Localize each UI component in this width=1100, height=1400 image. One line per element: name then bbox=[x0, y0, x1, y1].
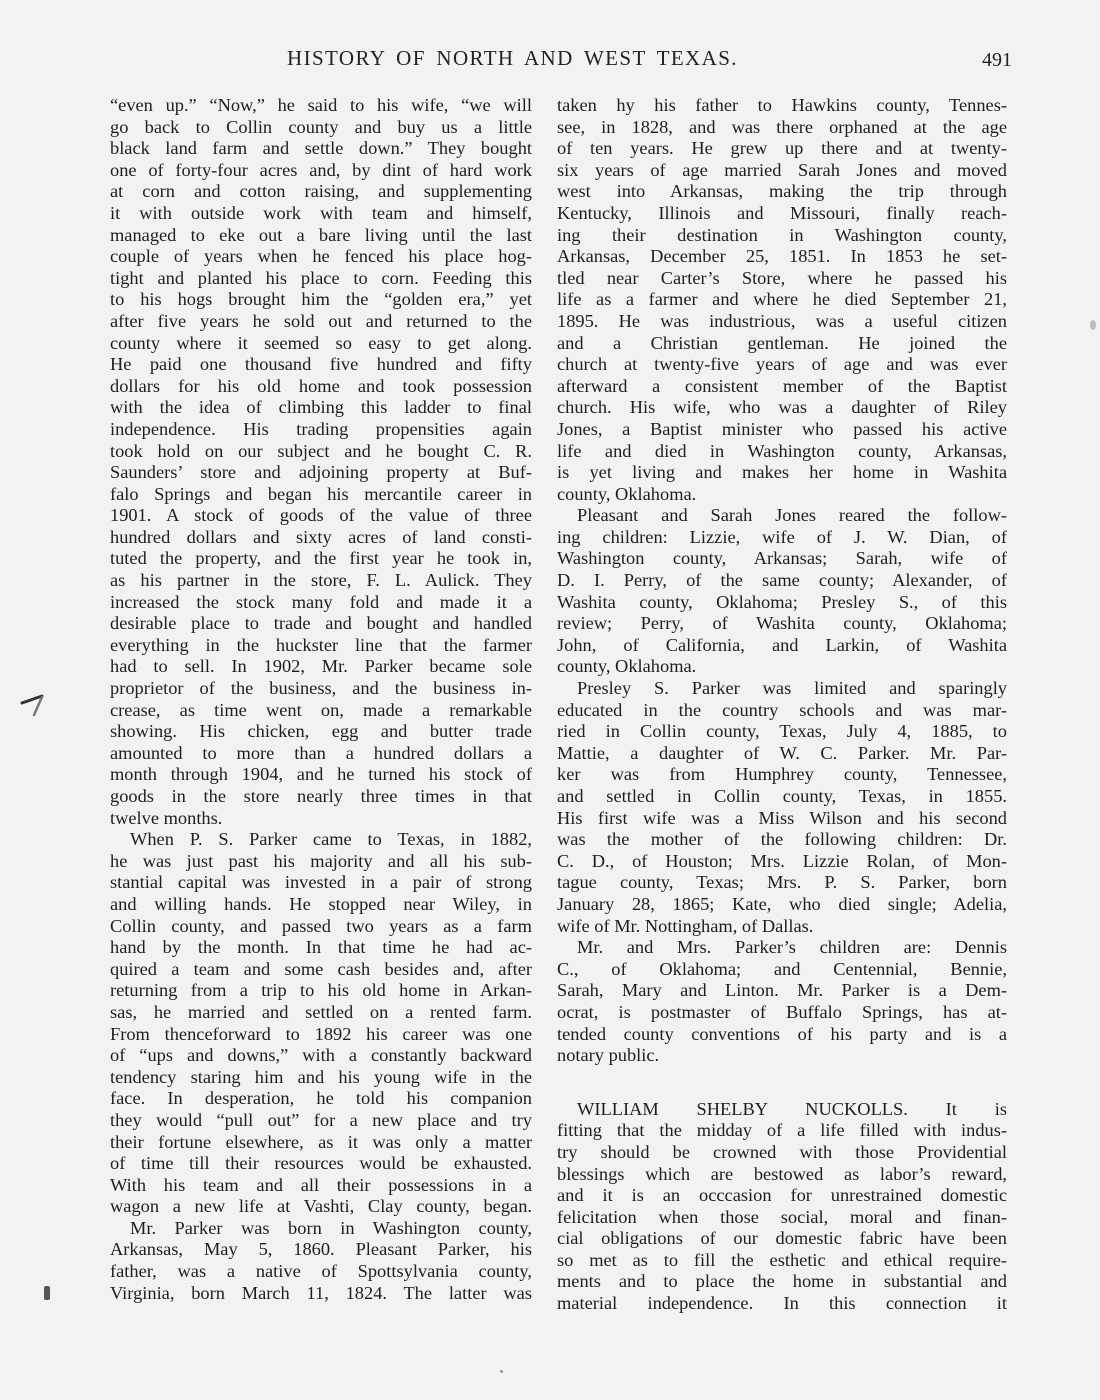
text-line: of ten years. He grew up there and at tw… bbox=[557, 138, 1007, 160]
text-line: goods in the store nearly three times in… bbox=[110, 786, 532, 808]
text-line: dollars for his old home and took posses… bbox=[110, 376, 532, 398]
text-line: notary public. bbox=[557, 1045, 1007, 1067]
text-line: wife of Mr. Nottingham, of Dallas. bbox=[557, 916, 1007, 938]
text-line: had to sell. In 1902, Mr. Parker became … bbox=[110, 656, 532, 678]
text-line: Mr. Parker was born in Washington county… bbox=[110, 1218, 532, 1240]
text-line: C., of Oklahoma; and Centennial, Bennie, bbox=[557, 959, 1007, 981]
text-line: educated in the country schools and was … bbox=[557, 700, 1007, 722]
text-line: proprietor of the business, and the busi… bbox=[110, 678, 532, 700]
text-line: tendency staring him and his young wife … bbox=[110, 1067, 532, 1089]
text-line: it with outside work with team and himse… bbox=[110, 203, 532, 225]
handwritten-pencil-mark-icon bbox=[20, 693, 48, 717]
text-line: showing. His chicken, egg and butter tra… bbox=[110, 721, 532, 743]
text-line: and it is an occcasion for unrestrained … bbox=[557, 1185, 1007, 1207]
running-head-title: HISTORY OF NORTH AND WEST TEXAS. bbox=[287, 46, 807, 71]
text-line: ocrat, is postmaster of Buffalo Springs,… bbox=[557, 1002, 1007, 1024]
text-line: blessings which are bestowed as labor’s … bbox=[557, 1164, 1007, 1186]
text-line: after five years he sold out and returne… bbox=[110, 311, 532, 333]
text-line: twelve months. bbox=[110, 808, 532, 830]
text-line: so met as to fill the esthetic and ethic… bbox=[557, 1250, 1007, 1272]
text-line: with the idea of climbing this ladder to… bbox=[110, 397, 532, 419]
text-line: wagon a new life at Vashti, Clay county,… bbox=[110, 1196, 532, 1218]
text-line: was the mother of the following children… bbox=[557, 829, 1007, 851]
text-line: ments and to place the home in substanti… bbox=[557, 1271, 1007, 1293]
text-line: returning from a trip to his old home in… bbox=[110, 980, 532, 1002]
text-line: Kentucky, Illinois and Missouri, finally… bbox=[557, 203, 1007, 225]
text-line: church at twenty-five years of age and w… bbox=[557, 354, 1007, 376]
text-line: county, Oklahoma. bbox=[557, 656, 1007, 678]
text-line: father, was a native of Spottsylvania co… bbox=[110, 1261, 532, 1283]
text-line: ing children: Lizzie, wife of J. W. Dian… bbox=[557, 527, 1007, 549]
text-line: tight and planted his place to corn. Fee… bbox=[110, 268, 532, 290]
text-line: sas, he married and settled on a rented … bbox=[110, 1002, 532, 1024]
text-line: of “ups and downs,” with a constantly ba… bbox=[110, 1045, 532, 1067]
text-line: hand by the month. In that time he had a… bbox=[110, 937, 532, 959]
right-text-column: taken hy his father to Hawkins county, T… bbox=[557, 95, 1007, 1315]
text-line: increased the stock many fold and made i… bbox=[110, 592, 532, 614]
text-line: stantial capital was invested in a pair … bbox=[110, 872, 532, 894]
text-line: 1901. A stock of goods of the value of t… bbox=[110, 505, 532, 527]
text-line: county where it seemed so easy to get al… bbox=[110, 333, 532, 355]
text-line: quired a team and some cash besides and,… bbox=[110, 959, 532, 981]
text-line: Mr. and Mrs. Parker’s children are: Denn… bbox=[557, 937, 1007, 959]
text-line: west into Arkansas, making the trip thro… bbox=[557, 181, 1007, 203]
text-line: John, of California, and Larkin, of Wash… bbox=[557, 635, 1007, 657]
page-number: 491 bbox=[982, 49, 1012, 72]
text-line: Jones, a Baptist minister who passed his… bbox=[557, 419, 1007, 441]
text-line: ker was from Humphrey county, Tennessee, bbox=[557, 764, 1007, 786]
text-line: Washita county, Oklahoma; Presley S., of… bbox=[557, 592, 1007, 614]
text-line: cial obligations of our domestic fabric … bbox=[557, 1228, 1007, 1250]
text-line: life as a farmer and where he died Septe… bbox=[557, 289, 1007, 311]
text-line: afterward a consistent member of the Bap… bbox=[557, 376, 1007, 398]
text-line: ing their destination in Washington coun… bbox=[557, 225, 1007, 247]
text-line: desirable place to trade and bought and … bbox=[110, 613, 532, 635]
text-line: month through 1904, and he turned his st… bbox=[110, 764, 532, 786]
text-line: tled near Carter’s Store, where he passe… bbox=[557, 268, 1007, 290]
text-line: amounted to more than a hundred dollars … bbox=[110, 743, 532, 765]
text-line: and willing hands. He stopped near Wiley… bbox=[110, 894, 532, 916]
text-line: try should be crowned with those Provide… bbox=[557, 1142, 1007, 1164]
text-line: and settled in Collin county, Texas, in … bbox=[557, 786, 1007, 808]
text-line: From thenceforward to 1892 his career wa… bbox=[110, 1024, 532, 1046]
text-line: taken hy his father to Hawkins county, T… bbox=[557, 95, 1007, 117]
text-line: took hold on our subject and he bought C… bbox=[110, 441, 532, 463]
text-line: Sarah, Mary and Linton. Mr. Parker is a … bbox=[557, 980, 1007, 1002]
text-line: Saunders’ store and adjoining property a… bbox=[110, 462, 532, 484]
section-gap bbox=[557, 1067, 1007, 1099]
text-line: church. His wife, who was a daughter of … bbox=[557, 397, 1007, 419]
text-line: tuted the property, and the first year h… bbox=[110, 548, 532, 570]
text-line: face. In desperation, he told his compan… bbox=[110, 1088, 532, 1110]
text-line: go back to Collin county and buy us a li… bbox=[110, 117, 532, 139]
book-page: HISTORY OF NORTH AND WEST TEXAS. 491 “ev… bbox=[0, 0, 1100, 1400]
text-line: everything in the huckster line that the… bbox=[110, 635, 532, 657]
text-line: county, Oklahoma. bbox=[557, 484, 1007, 506]
text-line: WILLIAM SHELBY NUCKOLLS. It is bbox=[557, 1099, 1007, 1121]
text-line: Arkansas, December 25, 1851. In 1853 he … bbox=[557, 246, 1007, 268]
text-line: Virginia, born March 11, 1824. The latte… bbox=[110, 1283, 532, 1305]
text-line: is yet living and makes her home in Wash… bbox=[557, 462, 1007, 484]
text-line: hundred dollars and sixty acres of land … bbox=[110, 527, 532, 549]
text-line: falo Springs and began his mercantile ca… bbox=[110, 484, 532, 506]
text-line: fitting that the midday of a life filled… bbox=[557, 1120, 1007, 1142]
text-line: His first wife was a Miss Wilson and his… bbox=[557, 808, 1007, 830]
text-line: managed to eke out a bare living until t… bbox=[110, 225, 532, 247]
text-line: at corn and cotton raising, and suppleme… bbox=[110, 181, 532, 203]
text-line: their fortune elsewhere, as it was only … bbox=[110, 1132, 532, 1154]
text-line: he was just past his majority and all hi… bbox=[110, 851, 532, 873]
text-line: tended county conventions of his party a… bbox=[557, 1024, 1007, 1046]
text-line: tague county, Texas; Mrs. P. S. Parker, … bbox=[557, 872, 1007, 894]
text-line: material independence. In this connectio… bbox=[557, 1293, 1007, 1315]
text-line: as his partner in the store, F. L. Aulic… bbox=[110, 570, 532, 592]
left-text-column: “even up.” “Now,” he said to his wife, “… bbox=[110, 95, 532, 1304]
text-line: of time till their resources would be ex… bbox=[110, 1153, 532, 1175]
text-line: Mattie, a daughter of W. C. Parker. Mr. … bbox=[557, 743, 1007, 765]
text-line: to his hogs brought him the “golden era,… bbox=[110, 289, 532, 311]
text-line: “even up.” “Now,” he said to his wife, “… bbox=[110, 95, 532, 117]
text-line: C. D., of Houston; Mrs. Lizzie Rolan, of… bbox=[557, 851, 1007, 873]
text-line: felicitation when those social, moral an… bbox=[557, 1207, 1007, 1229]
text-line: Pleasant and Sarah Jones reared the foll… bbox=[557, 505, 1007, 527]
text-line: 1895. He was industrious, was a useful c… bbox=[557, 311, 1007, 333]
text-line: six years of age married Sarah Jones and… bbox=[557, 160, 1007, 182]
text-line: life and died in Washington county, Arka… bbox=[557, 441, 1007, 463]
text-line: D. I. Perry, of the same county; Alexand… bbox=[557, 570, 1007, 592]
text-line: couple of years when he fenced his place… bbox=[110, 246, 532, 268]
text-line: review; Perry, of Washita county, Oklaho… bbox=[557, 613, 1007, 635]
text-line: Arkansas, May 5, 1860. Pleasant Parker, … bbox=[110, 1239, 532, 1261]
text-line: Collin county, and passed two years as a… bbox=[110, 916, 532, 938]
text-line: independence. His trading propensities a… bbox=[110, 419, 532, 441]
text-line: With his team and all their possessions … bbox=[110, 1175, 532, 1197]
text-line: Presley S. Parker was limited and sparin… bbox=[557, 678, 1007, 700]
margin-ink-mark-icon bbox=[44, 1286, 50, 1300]
text-line: He paid one thousand five hundred and fi… bbox=[110, 354, 532, 376]
text-line: one of forty-four acres and, by dint of … bbox=[110, 160, 532, 182]
text-line: crease, as time went on, made a remarkab… bbox=[110, 700, 532, 722]
text-line: When P. S. Parker came to Texas, in 1882… bbox=[110, 829, 532, 851]
text-line: January 28, 1865; Kate, who died single;… bbox=[557, 894, 1007, 916]
text-line: ried in Collin county, Texas, July 4, 18… bbox=[557, 721, 1007, 743]
paper-speck bbox=[500, 1370, 503, 1373]
text-line: see, in 1828, and was there orphaned at … bbox=[557, 117, 1007, 139]
paper-speck bbox=[1090, 320, 1096, 330]
text-line: black land farm and settle down.” They b… bbox=[110, 138, 532, 160]
text-line: and a Christian gentleman. He joined the bbox=[557, 333, 1007, 355]
text-line: Washington county, Arkansas; Sarah, wife… bbox=[557, 548, 1007, 570]
text-line: they would “pull out” for a new place an… bbox=[110, 1110, 532, 1132]
